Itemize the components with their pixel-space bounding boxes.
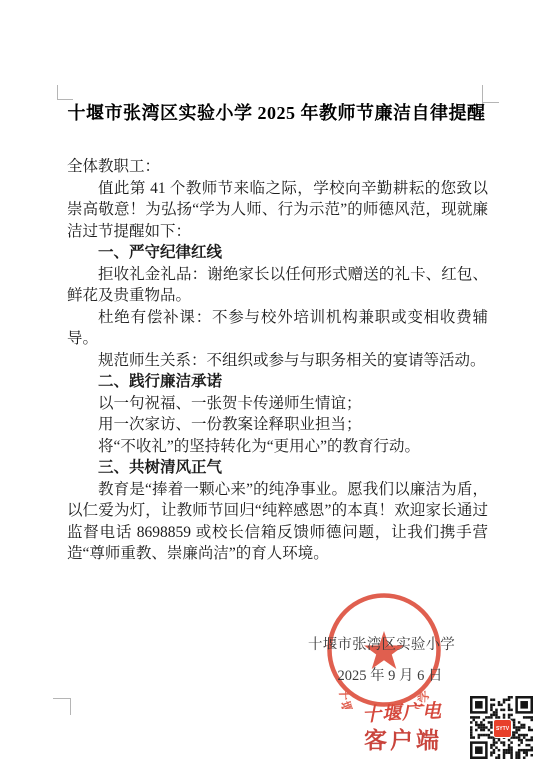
paragraph: 将“不收礼”的坚持转化为“更用心”的教育行动。 — [67, 436, 488, 458]
signature-date: 2025 年 9 月 6 日 — [315, 664, 465, 685]
corner-mark-bottom-left-h — [53, 698, 71, 699]
paragraph: 二、践行廉洁承诺 — [67, 371, 488, 393]
corner-mark-top-left-v — [57, 85, 58, 100]
paragraph: 教育是“捧着一颗心来”的纯净事业。愿我们以廉洁为盾，以仁爱为灯，让教师节回归“纯… — [67, 479, 488, 565]
paragraph: 拒收礼金礼品：谢绝家长以任何形式赠送的礼卡、红包、鲜花及贵重物品。 — [67, 264, 488, 307]
document-body: 全体教职工： 值此第 41 个教师节来临之际，学校向辛勤耕耘的您致以崇高敬意！为… — [67, 156, 488, 565]
qr-code: SYTV — [470, 696, 533, 759]
document-page: 十堰市张湾区实验小学 2025 年教师节廉洁自律提醒 全体教职工： 值此第 41… — [0, 0, 553, 784]
paragraph: 以一句祝福、一张贺卡传递师生情谊； — [67, 393, 488, 415]
paragraph: 值此第 41 个教师节来临之际，学校向辛勤耕耘的您致以崇高敬意！为弘扬“学为人师… — [67, 178, 488, 243]
paragraph: 杜绝有偿补课：不参与校外培训机构兼职或变相收费辅导。 — [67, 307, 488, 350]
corner-mark-bottom-left-v — [70, 698, 71, 715]
page-title: 十堰市张湾区实验小学 2025 年教师节廉洁自律提醒 — [0, 99, 553, 125]
salutation: 全体教职工： — [67, 156, 488, 178]
watermark-client: 客户端 — [364, 722, 442, 755]
paragraph: 一、严守纪律红线 — [67, 242, 488, 264]
paragraph: 规范师生关系：不组织或参与与职务相关的宴请等活动。 — [67, 350, 488, 372]
paragraph: 用一次家访、一份教案诠释职业担当； — [67, 414, 488, 436]
signature-school-name: 十堰市张湾区实验小学 — [306, 633, 457, 654]
qr-logo-tv-icon: SYTV — [493, 719, 512, 738]
paragraph: 三、共树清风正气 — [67, 457, 488, 479]
body-paragraphs: 值此第 41 个教师节来临之际，学校向辛勤耕耘的您致以崇高敬意！为弘扬“学为人师… — [67, 178, 488, 565]
